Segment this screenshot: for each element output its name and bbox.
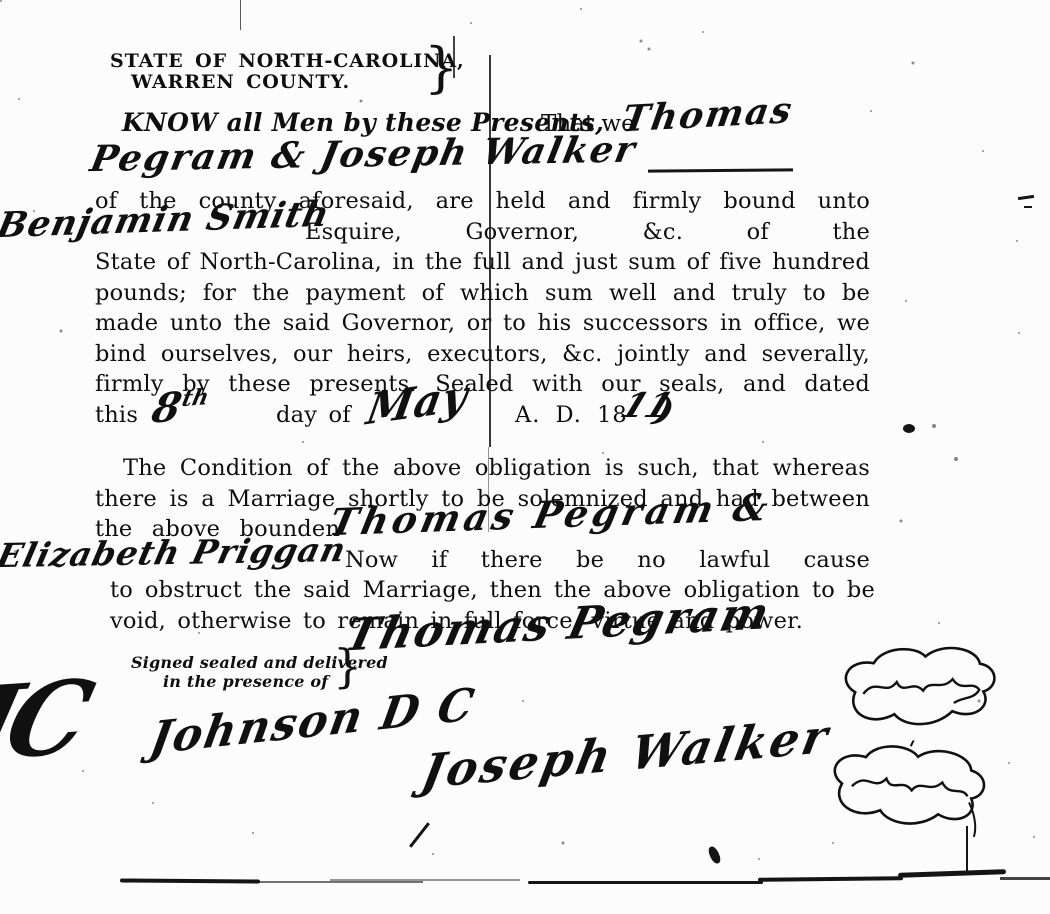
dated-this-word: this bbox=[95, 400, 138, 431]
header-state-line: STATE OF NORTH-CAROLINA, bbox=[110, 50, 465, 72]
edge-tick-right-1 bbox=[1018, 195, 1034, 200]
bond-line-5: made unto the said Governor, or to his s… bbox=[95, 308, 870, 339]
handwritten-bride-name: Elizabeth Priggan bbox=[0, 530, 350, 575]
condition-line-4-printed: Now if there be no lawful cause bbox=[345, 545, 870, 576]
marriage-bond-scan: STATE OF NORTH-CAROLINA, WARREN COUNTY. … bbox=[0, 0, 1050, 914]
bond-line-2: Esquire, Governor, &c. of the bbox=[305, 217, 870, 248]
diagonal-stroke-bottom bbox=[409, 822, 430, 847]
header-county-line: WARREN COUNTY. bbox=[131, 71, 350, 93]
handwritten-dash bbox=[648, 168, 793, 172]
bond-line-6: bind ourselves, our heirs, executors, &c… bbox=[95, 339, 870, 370]
vertical-stroke-bottom-right bbox=[966, 826, 968, 872]
signature-witness: JC Johnson D C bbox=[0, 638, 492, 803]
edge-tick-right-2 bbox=[1024, 206, 1032, 208]
witness-initials: JC bbox=[0, 657, 98, 785]
bond-line-7: firmly by these presents. Sealed with ou… bbox=[95, 369, 870, 400]
condition-line-1: The Condition of the above obligation is… bbox=[123, 453, 870, 484]
handwritten-bondsmen-names: Pegram & Joseph Walker bbox=[87, 128, 640, 180]
stray-vertical-mark-edge bbox=[240, 0, 241, 30]
dated-day-of: day of bbox=[276, 400, 351, 431]
ink-blot-right bbox=[903, 424, 915, 433]
seal-scrawl-1 bbox=[831, 639, 1003, 736]
seal-scrawl-2 bbox=[817, 734, 995, 838]
handwritten-groom-first-name: Thomas bbox=[619, 89, 796, 140]
bond-line-4: pounds; for the payment of which sum wel… bbox=[95, 278, 870, 309]
day-suffix: th bbox=[180, 384, 212, 412]
ink-blob-bottom bbox=[707, 845, 723, 865]
dated-ad-18: A. D. 18 bbox=[515, 400, 628, 431]
handwritten-governor-name: Benjamin Smith bbox=[0, 193, 334, 246]
bond-line-3: State of North-Carolina, in the full and… bbox=[95, 247, 870, 278]
header-brace: } bbox=[424, 44, 458, 93]
handwritten-day: 8th bbox=[148, 381, 212, 433]
scan-speckles bbox=[0, 0, 2, 2]
